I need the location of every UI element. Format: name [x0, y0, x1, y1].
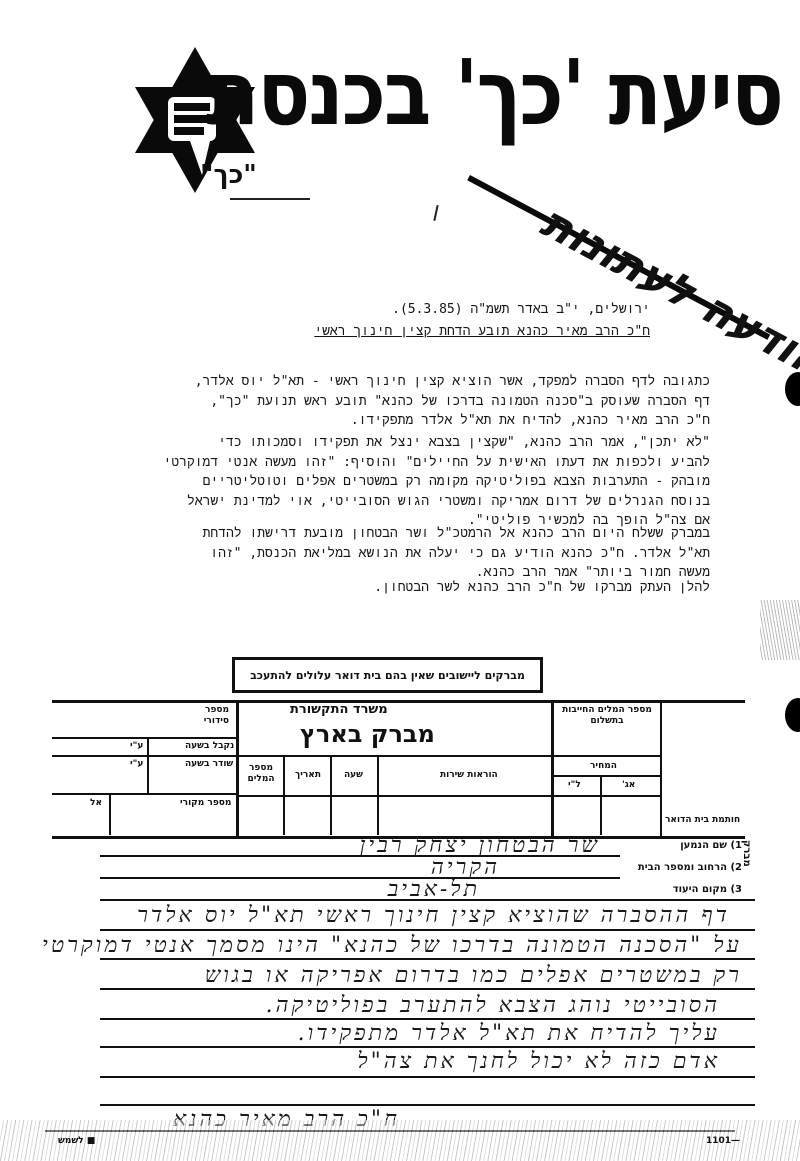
form-code: 1101—: [706, 1136, 740, 1146]
destination-label: 3) מקום היעוד: [673, 884, 742, 895]
handwritten-message-line: הסובייטי נוהג הצבא להתערב בפוליטיקה.: [266, 992, 720, 1018]
text-line: כתגובה לדף הסברה למפקד, אשר הוציא קצין ח…: [195, 372, 710, 392]
binder-hole: [785, 698, 800, 732]
decorative-stroke: [433, 205, 438, 221]
sent-at-label: שודר בשעה: [185, 759, 233, 770]
text-line: "לא יתכן", אמר הרב כהנא, "שקצין בצבא ינצ…: [164, 433, 710, 453]
ruled-line: [100, 988, 755, 990]
original-number-label: מספר מקורי: [180, 798, 231, 809]
page-title: סיעת 'כך' בכנסת: [206, 49, 782, 139]
post-office-stamp-label: חותמת בית הדואר: [665, 815, 740, 826]
scan-noise: [0, 1120, 800, 1161]
received-at-label: נקבל בשעה: [185, 741, 234, 752]
press-release-banner: הודעה לעתונות: [460, 170, 790, 320]
handwritten-message-line: עליך להדיח את תא"ל אלדר מתפקידו.: [298, 1020, 720, 1046]
text-line: דף הסברה שעוסק ב"סכנה הטמונה בדרכו של כה…: [195, 392, 710, 412]
agorot-label: אג': [622, 780, 635, 791]
date-label: תאריך: [295, 770, 321, 781]
ruled-line: [100, 958, 755, 960]
serial-number-label: מספר סידורי: [185, 705, 229, 727]
paragraph-4: להלן העתק מברקו של ח"כ הרב כהנא לשר הבטח…: [374, 578, 710, 598]
text-line: להביע ולכפות את דעתו האישית על החיילים" …: [164, 453, 710, 473]
service-instructions-label: הוראות שירות: [440, 770, 498, 781]
decorative-stroke: [230, 198, 310, 200]
handwritten-message-line: רק במשטרים אפלים כמו בדרום אפריקה או בגו…: [205, 962, 742, 988]
paragraph-1: כתגובה לדף הסברה למפקד, אשר הוציא קצין ח…: [195, 372, 710, 431]
to-label: אל: [90, 798, 102, 809]
footer-mark: ■ לשמש: [58, 1136, 95, 1146]
ministry-label: משרד התקשורת: [290, 704, 388, 715]
hour-label: שעה: [344, 770, 363, 781]
handwritten-message-line: דף ההסברה שהוציא קצין חינוך ראשי תא"ל יו…: [137, 902, 730, 928]
price-label: המחיר: [590, 761, 617, 772]
street-label: 2) הרחוב ומספר הבית: [638, 862, 742, 873]
side-letters: מברק: [741, 840, 752, 867]
text-line: בנוסח הגנרלים של דרום אמריקה ומשטרי הגוש…: [164, 492, 710, 512]
subject-line: ח"כ הרב מאיר כהנא תובע הדחת קצין חינוך ר…: [314, 322, 650, 342]
scan-noise: [760, 600, 800, 660]
paragraph-2: "לא יתכן", אמר הרב כהנא, "שקצין בצבא ינצ…: [164, 433, 710, 531]
delivery-notice: מברקים ליישובים שאין בהם בית דואר עלולים…: [232, 657, 543, 693]
text-line: מובהק - התערבות הצבא בפוליטיקה מקומה רק …: [164, 472, 710, 492]
lira-label: ל"י: [568, 780, 581, 791]
text-line: במברק ששלח היום הרב כהנא אל הרמטכ"ל ושר …: [203, 524, 710, 544]
handwritten-message-line: אדם כזה לא יכול לחנך את צה"ל: [357, 1048, 720, 1074]
ruled-line: [100, 877, 620, 879]
ruled-line: [100, 1076, 755, 1078]
form-title: מברק בארץ: [300, 720, 435, 748]
by-label: ע"י: [130, 741, 143, 752]
press-release-label: הודעה לעתונות: [534, 200, 800, 385]
text-line: להלן העתק מברקו של ח"כ הרב כהנא לשר הבטח…: [374, 578, 710, 598]
text-line: תא"ל אלדר. ח"כ כהנא הודיע גם כי יעלה את …: [203, 544, 710, 564]
logo-caption: "כך": [200, 160, 257, 190]
chargeable-words-label: מספר המלים החייבות בתשלום: [557, 705, 657, 727]
by-label: ע"י: [130, 759, 143, 770]
handwritten-message-line: על "הסכנה הטמונה בדרכו של כהנא" הינו מסמ…: [42, 932, 742, 958]
word-count-label: מספר המלים: [243, 763, 279, 785]
paragraph-3: במברק ששלח היום הרב כהנא אל הרמטכ"ל ושר …: [203, 524, 710, 583]
ruled-line: [100, 929, 755, 931]
text-line: ח"כ הרב מאיר כהנא, להדיח את תא"ל אלדר מת…: [195, 411, 710, 431]
recipient-name-label: 1) שם הנמען: [680, 840, 742, 851]
dateline: ירושלים, י"ב באדר תשמ"ה (5.3.85).: [392, 300, 650, 320]
binder-hole: [785, 372, 800, 406]
handwritten-destination: תל-אביב: [388, 876, 480, 902]
